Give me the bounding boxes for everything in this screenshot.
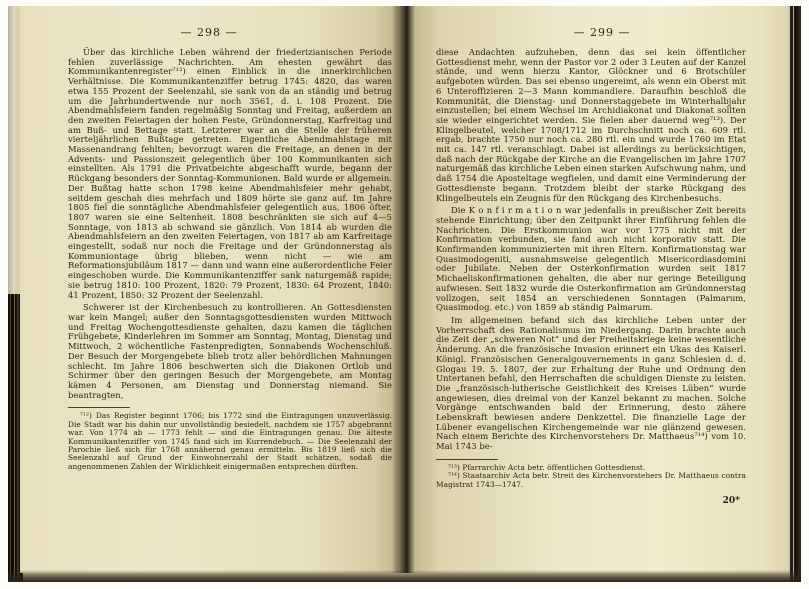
footnote-separator-rule <box>436 459 498 460</box>
open-book: — 298 — Über das kirchliche Leben währen… <box>8 6 801 582</box>
paragraph: Schwerer ist der Kirchenbesuch zu kontro… <box>68 303 392 400</box>
paragraph-continuation: diese Andachten aufzuheben, denn das sei… <box>436 48 746 203</box>
fore-edge-page-stack <box>788 6 801 582</box>
printer-signature-mark: 20* <box>436 497 740 507</box>
book-scan-photo: — 298 — Über das kirchliche Leben währen… <box>0 0 809 589</box>
paragraph: Über das kirchliche Leben während der fr… <box>68 48 392 300</box>
paragraph: Die K o n f i r m a t i o n war jedenfal… <box>436 206 746 313</box>
left-page-edge-highlight <box>8 6 15 294</box>
page-number-left: — 298 — <box>20 6 398 39</box>
footnote-714: ⁷¹⁴) Staatsarchiv Acta betr. Streit des … <box>436 472 746 489</box>
paragraph: Im allgemeinen befand sich das kirchlich… <box>436 316 746 452</box>
footnote-separator-rule <box>68 407 130 408</box>
page-298-text-column: Über das kirchliche Leben während der fr… <box>68 48 392 471</box>
page-number-right: — 299 — <box>414 6 790 39</box>
page-298: — 298 — Über das kirchliche Leben währen… <box>20 6 398 573</box>
footnote-712: ⁷¹²) Das Register beginnt 1706; bis 1772… <box>68 412 392 471</box>
bottom-edge-shadow <box>8 570 801 582</box>
page-299-text-column: diese Andachten aufzuheben, denn das sei… <box>436 48 746 507</box>
page-299: — 299 — diese Andachten aufzuheben, denn… <box>414 6 790 573</box>
